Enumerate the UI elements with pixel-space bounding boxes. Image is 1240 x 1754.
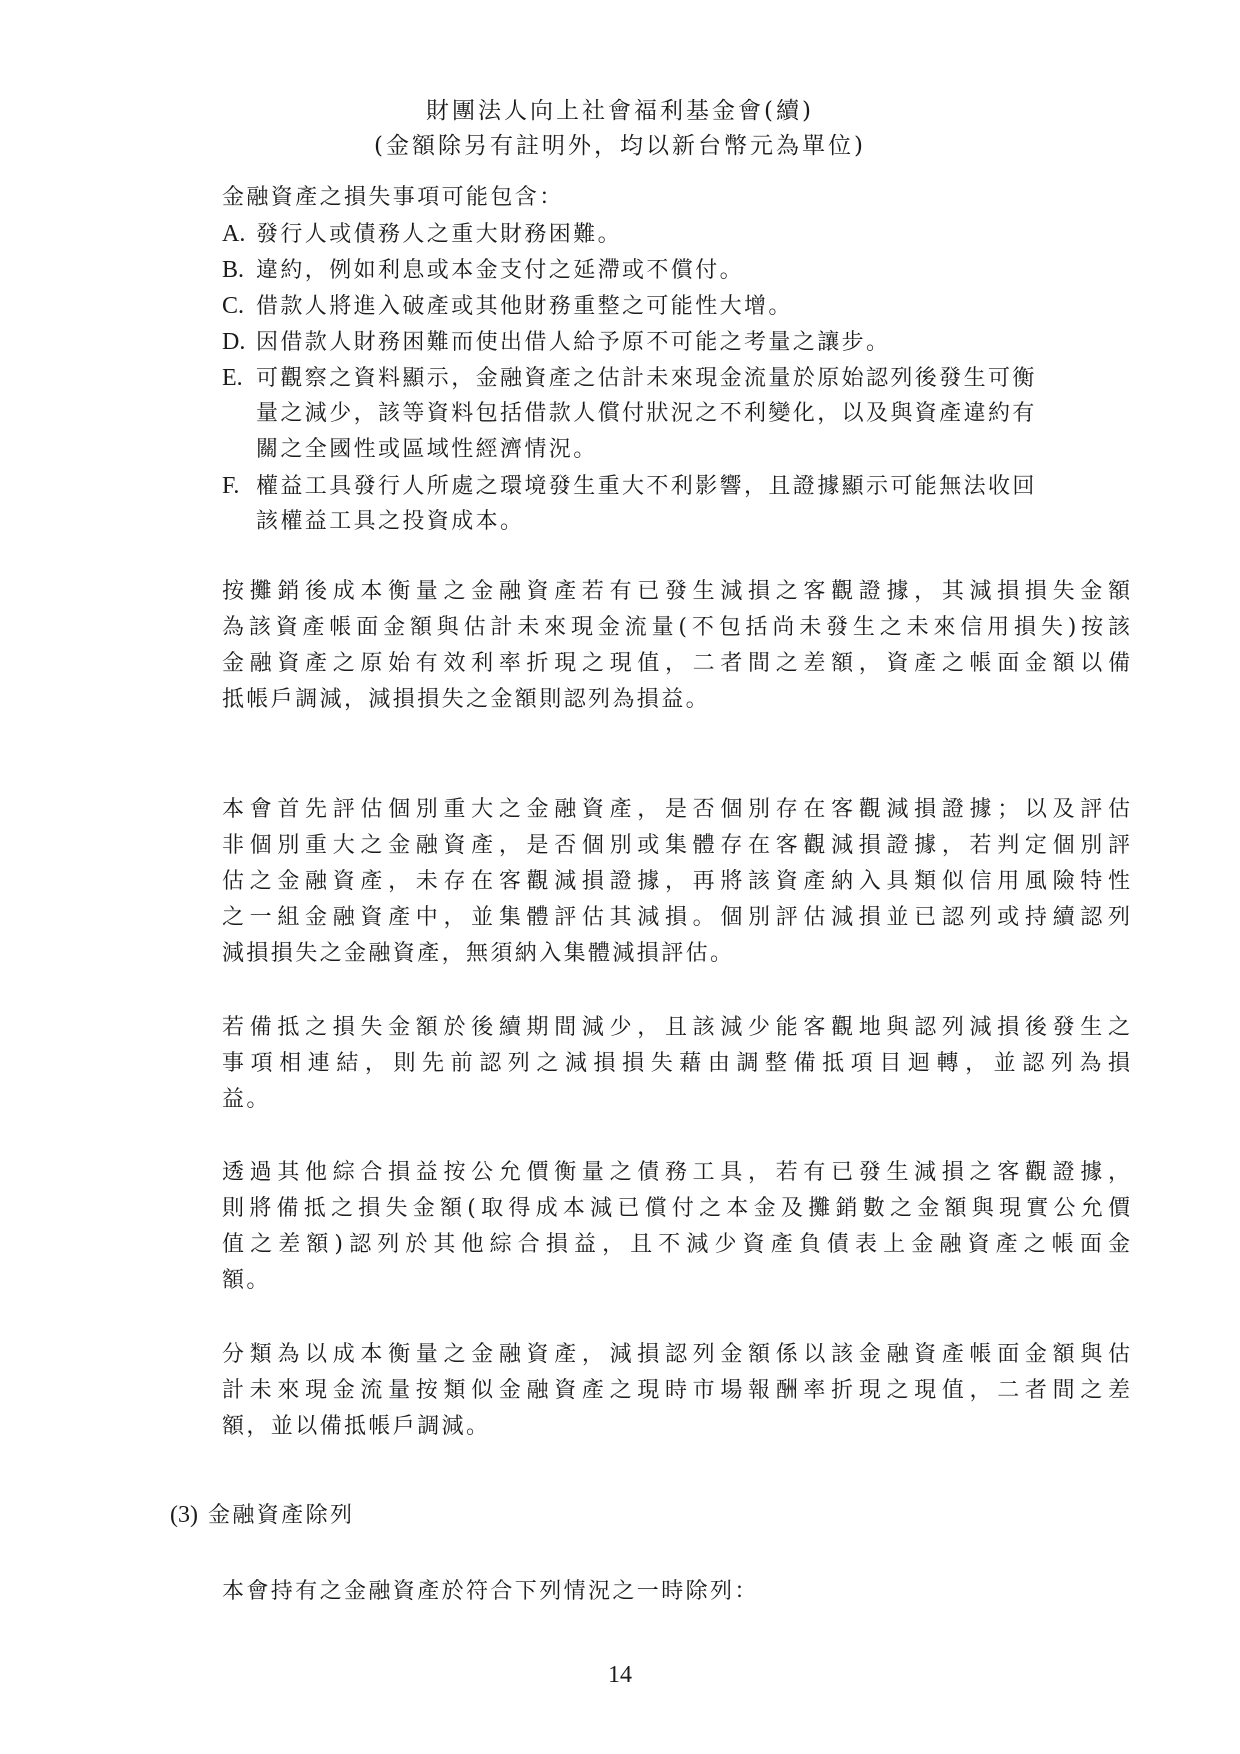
paragraph-line: 事項相連結，則先前認列之減損損失藉由調整備抵項目迴轉，並認列為損 — [222, 1049, 1130, 1079]
list-item-a: A.發行人或債務人之重大財務困難。 — [222, 219, 622, 250]
list-item-f-continuation: 該權益工具之投資成本。 — [256, 507, 524, 537]
list-label: D. — [222, 327, 256, 357]
section-heading: (3)金融資產除列 — [170, 1500, 354, 1531]
paragraph-line: 為該資產帳面金額與估計未來現金流量(不包括尚未發生之未來信用損失)按該 — [222, 613, 1130, 643]
list-item-c: C.借款人將進入破產或其他財務重整之可能性大增。 — [222, 291, 793, 322]
paragraph-line: 金融資產之原始有效利率折現之現值，二者間之差額，資產之帳面金額以備 — [222, 649, 1130, 679]
list-item-e: E.可觀察之資料顯示，金融資產之估計未來現金流量於原始認列後發生可衡 — [222, 363, 1037, 394]
list-label: C. — [222, 291, 256, 321]
section-number: (3) — [170, 1502, 198, 1528]
list-label: B. — [222, 255, 256, 285]
paragraph-line: 估之金融資產，未存在客觀減損證據，再將該資產納入具類似信用風險特性 — [222, 867, 1130, 897]
list-label: F. — [222, 471, 256, 501]
document-page: 財團法人向上社會福利基金會(續) (金額除另有註明外，均以新台幣元為單位) 金融… — [0, 0, 1240, 1754]
paragraph-line: 之一組金融資產中，並集體評估其減損。個別評估減損並已認列或持續認列 — [222, 903, 1130, 933]
paragraph-line: 非個別重大之金融資產，是否個別或集體存在客觀減損證據，若判定個別評 — [222, 831, 1130, 861]
paragraph-line: 則將備抵之損失金額(取得成本減已償付之本金及攤銷數之金額與現實公允價 — [222, 1194, 1130, 1224]
paragraph-line: 透過其他綜合損益按公允價衡量之債務工具，若有已發生減損之客觀證據， — [222, 1158, 1130, 1188]
paragraph-line: 減損損失之金融資產，無須納入集體減損評估。 — [222, 939, 734, 969]
list-text: 違約，例如利息或本金支付之延滯或不償付。 — [256, 258, 744, 283]
list-label: A. — [222, 219, 256, 249]
paragraph-line: 本會首先評估個別重大之金融資產，是否個別存在客觀減損證據；以及評估 — [222, 795, 1130, 825]
paragraph-line: 值之差額)認列於其他綜合損益，且不減少資產負債表上金融資產之帳面金 — [222, 1230, 1130, 1260]
list-label: E. — [222, 363, 256, 393]
paragraph-line: 額，並以備抵帳戶調減。 — [222, 1412, 490, 1442]
list-intro: 金融資產之損失事項可能包含： — [222, 183, 564, 213]
list-item-e-continuation: 量之減少，該等資料包括借款人償付狀況之不利變化，以及與資產違約有 — [256, 399, 1037, 429]
list-text: 權益工具發行人所處之環境發生重大不利影響，且證據顯示可能無法收回 — [256, 474, 1037, 499]
paragraph-line: 益。 — [222, 1085, 271, 1115]
page-number: 14 — [0, 1662, 1240, 1689]
section-title: 金融資產除列 — [208, 1503, 354, 1528]
list-item-e-continuation: 關之全國性或區域性經濟情況。 — [256, 435, 598, 465]
document-subtitle: (金額除另有註明外，均以新台幣元為單位) — [0, 129, 1240, 163]
section-body: 本會持有之金融資產於符合下列情況之一時除列： — [222, 1577, 759, 1607]
paragraph-line: 若備抵之損失金額於後續期間減少，且該減少能客觀地與認列減損後發生之 — [222, 1013, 1130, 1043]
paragraph-line: 抵帳戶調減，減損損失之金額則認列為損益。 — [222, 685, 710, 715]
paragraph-line: 分類為以成本衡量之金融資產，減損認列金額係以該金融資產帳面金額與估 — [222, 1340, 1130, 1370]
paragraph-line: 按攤銷後成本衡量之金融資產若有已發生減損之客觀證據，其減損損失金額 — [222, 577, 1130, 607]
list-text: 借款人將進入破產或其他財務重整之可能性大增。 — [256, 294, 793, 319]
list-text: 可觀察之資料顯示，金融資產之估計未來現金流量於原始認列後發生可衡 — [256, 366, 1037, 391]
list-item-d: D.因借款人財務困難而使出借人給予原不可能之考量之讓步。 — [222, 327, 890, 358]
document-title: 財團法人向上社會福利基金會(續) — [0, 94, 1240, 128]
list-item-b: B.違約，例如利息或本金支付之延滯或不償付。 — [222, 255, 744, 286]
list-text: 因借款人財務困難而使出借人給予原不可能之考量之讓步。 — [256, 330, 890, 355]
paragraph-line: 額。 — [222, 1266, 271, 1296]
list-item-f: F.權益工具發行人所處之環境發生重大不利影響，且證據顯示可能無法收回 — [222, 471, 1037, 502]
list-text: 發行人或債務人之重大財務困難。 — [256, 222, 622, 247]
paragraph-line: 計未來現金流量按類似金融資產之現時市場報酬率折現之現值，二者間之差 — [222, 1376, 1130, 1406]
